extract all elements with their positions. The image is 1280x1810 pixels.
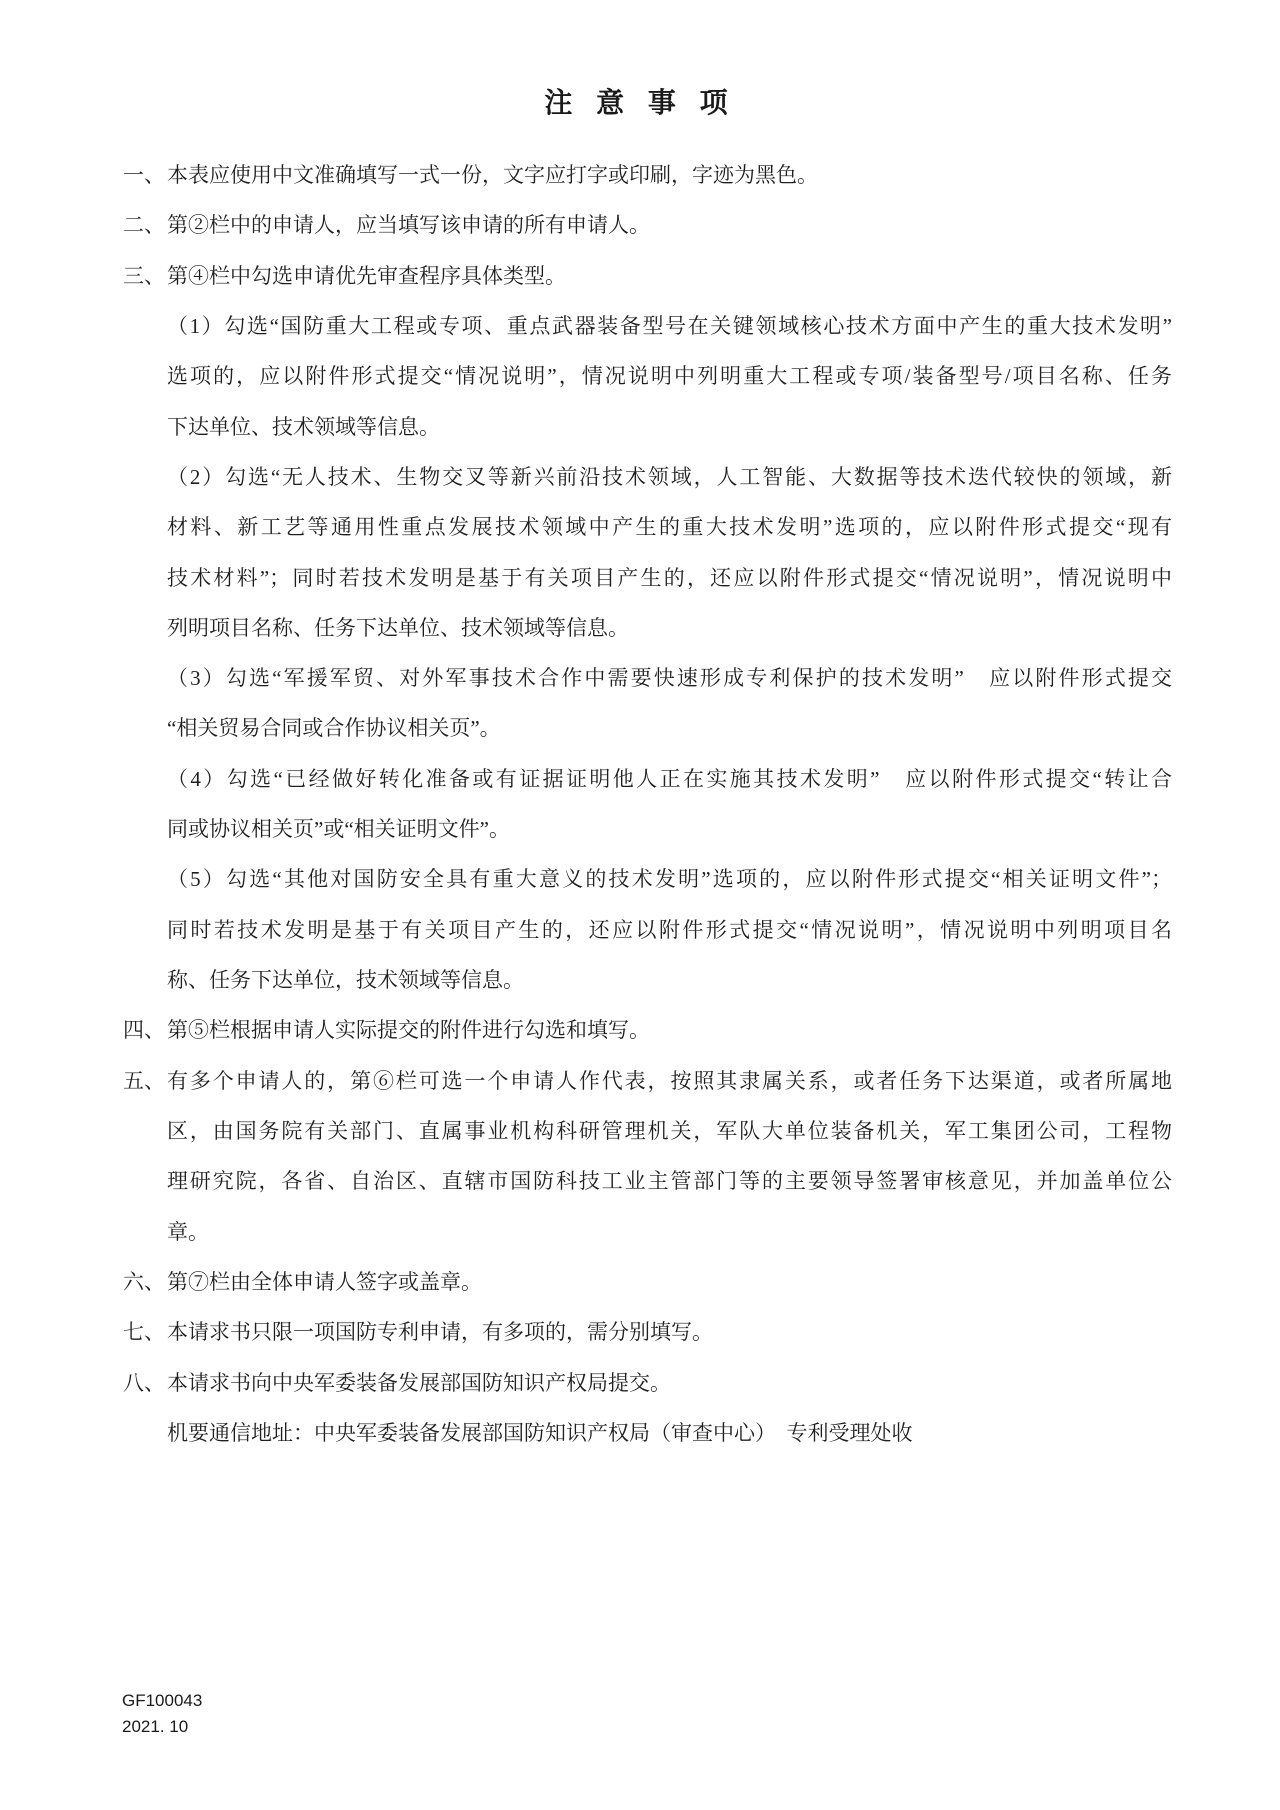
note-line: 下达单位、技术领域等信息。: [167, 402, 1172, 452]
note-line: 称、任务下达单位，技术领域等信息。: [167, 955, 1172, 1005]
note-line: 材料、新工艺等通用性重点发展技术领域中产生的重大技术发明”选项的，应以附件形式提…: [167, 502, 1172, 552]
note-body: 有多个申请人的，第⑥栏可选一个申请人作代表，按照其隶属关系，或者任务下达渠道，或…: [167, 1056, 1172, 1257]
page-title: 注 意 事 项: [0, 84, 1280, 122]
note-line: （5）勾选“其他对国防安全具有重大意义的技术发明”选项的，应以附件形式提交“相关…: [167, 854, 1172, 904]
note-line: 本请求书向中央军委装备发展部国防知识产权局提交。: [167, 1358, 1172, 1408]
note-label: 一、: [123, 150, 165, 200]
note-line: 同或协议相关页”或“相关证明文件”。: [167, 804, 1172, 854]
note-line: 选项的，应以附件形式提交“情况说明”，情况说明中列明重大工程或专项/装备型号/项…: [167, 351, 1172, 401]
note-line: 同时若技术发明是基于有关项目产生的，还应以附件形式提交“情况说明”，情况说明中列…: [167, 905, 1172, 955]
note-body: 第④栏中勾选申请优先审查程序具体类型。（1）勾选“国防重大工程或专项、重点武器装…: [167, 251, 1172, 1006]
note-body: 第②栏中的申请人，应当填写该申请的所有申请人。: [167, 200, 1172, 250]
note-label: 八、: [123, 1358, 165, 1408]
note-line: 理研究院，各省、自治区、直辖市国防科技工业主管部门等的主要领导签署审核意见，并加…: [167, 1156, 1172, 1206]
note-line: 第②栏中的申请人，应当填写该申请的所有申请人。: [167, 200, 1172, 250]
note-label: 五、: [123, 1056, 165, 1106]
page-footer: GF100043 2021. 10: [122, 1688, 202, 1740]
note-item-8: 八、本请求书向中央军委装备发展部国防知识产权局提交。机要通信地址：中央军委装备发…: [0, 1358, 1280, 1459]
note-line: 第④栏中勾选申请优先审查程序具体类型。: [167, 251, 1172, 301]
note-body: 本表应使用中文准确填写一式一份，文字应打字或印刷，字迹为黑色。: [167, 150, 1172, 200]
note-body: 第⑦栏由全体申请人签字或盖章。: [167, 1257, 1172, 1307]
note-item-3: 三、第④栏中勾选申请优先审查程序具体类型。（1）勾选“国防重大工程或专项、重点武…: [0, 251, 1280, 1006]
note-label: 七、: [123, 1307, 165, 1357]
note-item-2: 二、第②栏中的申请人，应当填写该申请的所有申请人。: [0, 200, 1280, 250]
note-line: 第⑤栏根据申请人实际提交的附件进行勾选和填写。: [167, 1005, 1172, 1055]
document-page: 注 意 事 项 一、本表应使用中文准确填写一式一份，文字应打字或印刷，字迹为黑色…: [0, 0, 1280, 1810]
note-body: 本请求书只限一项国防专利申请，有多项的，需分别填写。: [167, 1307, 1172, 1357]
note-label: 四、: [123, 1005, 165, 1055]
note-line: 机要通信地址：中央军委装备发展部国防知识产权局（审查中心） 专利受理处收: [167, 1408, 1172, 1458]
note-item-4: 四、第⑤栏根据申请人实际提交的附件进行勾选和填写。: [0, 1005, 1280, 1055]
note-line: 第⑦栏由全体申请人签字或盖章。: [167, 1257, 1172, 1307]
note-item-7: 七、本请求书只限一项国防专利申请，有多项的，需分别填写。: [0, 1307, 1280, 1357]
note-line: （2）勾选“无人技术、生物交叉等新兴前沿技术领域，人工智能、大数据等技术迭代较快…: [167, 452, 1172, 502]
form-revision-date: 2021. 10: [122, 1714, 202, 1740]
note-line: 列明项目名称、任务下达单位、技术领域等信息。: [167, 603, 1172, 653]
note-line: “相关贸易合同或合作协议相关页”。: [167, 703, 1172, 753]
note-item-5: 五、有多个申请人的，第⑥栏可选一个申请人作代表，按照其隶属关系，或者任务下达渠道…: [0, 1056, 1280, 1257]
note-line: 本请求书只限一项国防专利申请，有多项的，需分别填写。: [167, 1307, 1172, 1357]
note-line: 技术材料”；同时若技术发明是基于有关项目产生的，还应以附件形式提交“情况说明”，…: [167, 553, 1172, 603]
form-code: GF100043: [122, 1688, 202, 1714]
note-line: （3）勾选“军援军贸、对外军事技术合作中需要快速形成专利保护的技术发明” 应以附…: [167, 653, 1172, 703]
note-body: 本请求书向中央军委装备发展部国防知识产权局提交。机要通信地址：中央军委装备发展部…: [167, 1358, 1172, 1459]
note-line: 章。: [167, 1207, 1172, 1257]
note-line: 本表应使用中文准确填写一式一份，文字应打字或印刷，字迹为黑色。: [167, 150, 1172, 200]
note-label: 二、: [123, 200, 165, 250]
note-label: 三、: [123, 251, 165, 301]
note-item-1: 一、本表应使用中文准确填写一式一份，文字应打字或印刷，字迹为黑色。: [0, 150, 1280, 200]
note-line: 区，由国务院有关部门、直属事业机构科研管理机关，军队大单位装备机关，军工集团公司…: [167, 1106, 1172, 1156]
notes-list: 一、本表应使用中文准确填写一式一份，文字应打字或印刷，字迹为黑色。二、第②栏中的…: [0, 150, 1280, 1458]
note-line: 有多个申请人的，第⑥栏可选一个申请人作代表，按照其隶属关系，或者任务下达渠道，或…: [167, 1056, 1172, 1106]
note-line: （4）勾选“已经做好转化准备或有证据证明他人正在实施其技术发明” 应以附件形式提…: [167, 754, 1172, 804]
note-line: （1）勾选“国防重大工程或专项、重点武器装备型号在关键领域核心技术方面中产生的重…: [167, 301, 1172, 351]
note-label: 六、: [123, 1257, 165, 1307]
note-item-6: 六、第⑦栏由全体申请人签字或盖章。: [0, 1257, 1280, 1307]
note-body: 第⑤栏根据申请人实际提交的附件进行勾选和填写。: [167, 1005, 1172, 1055]
